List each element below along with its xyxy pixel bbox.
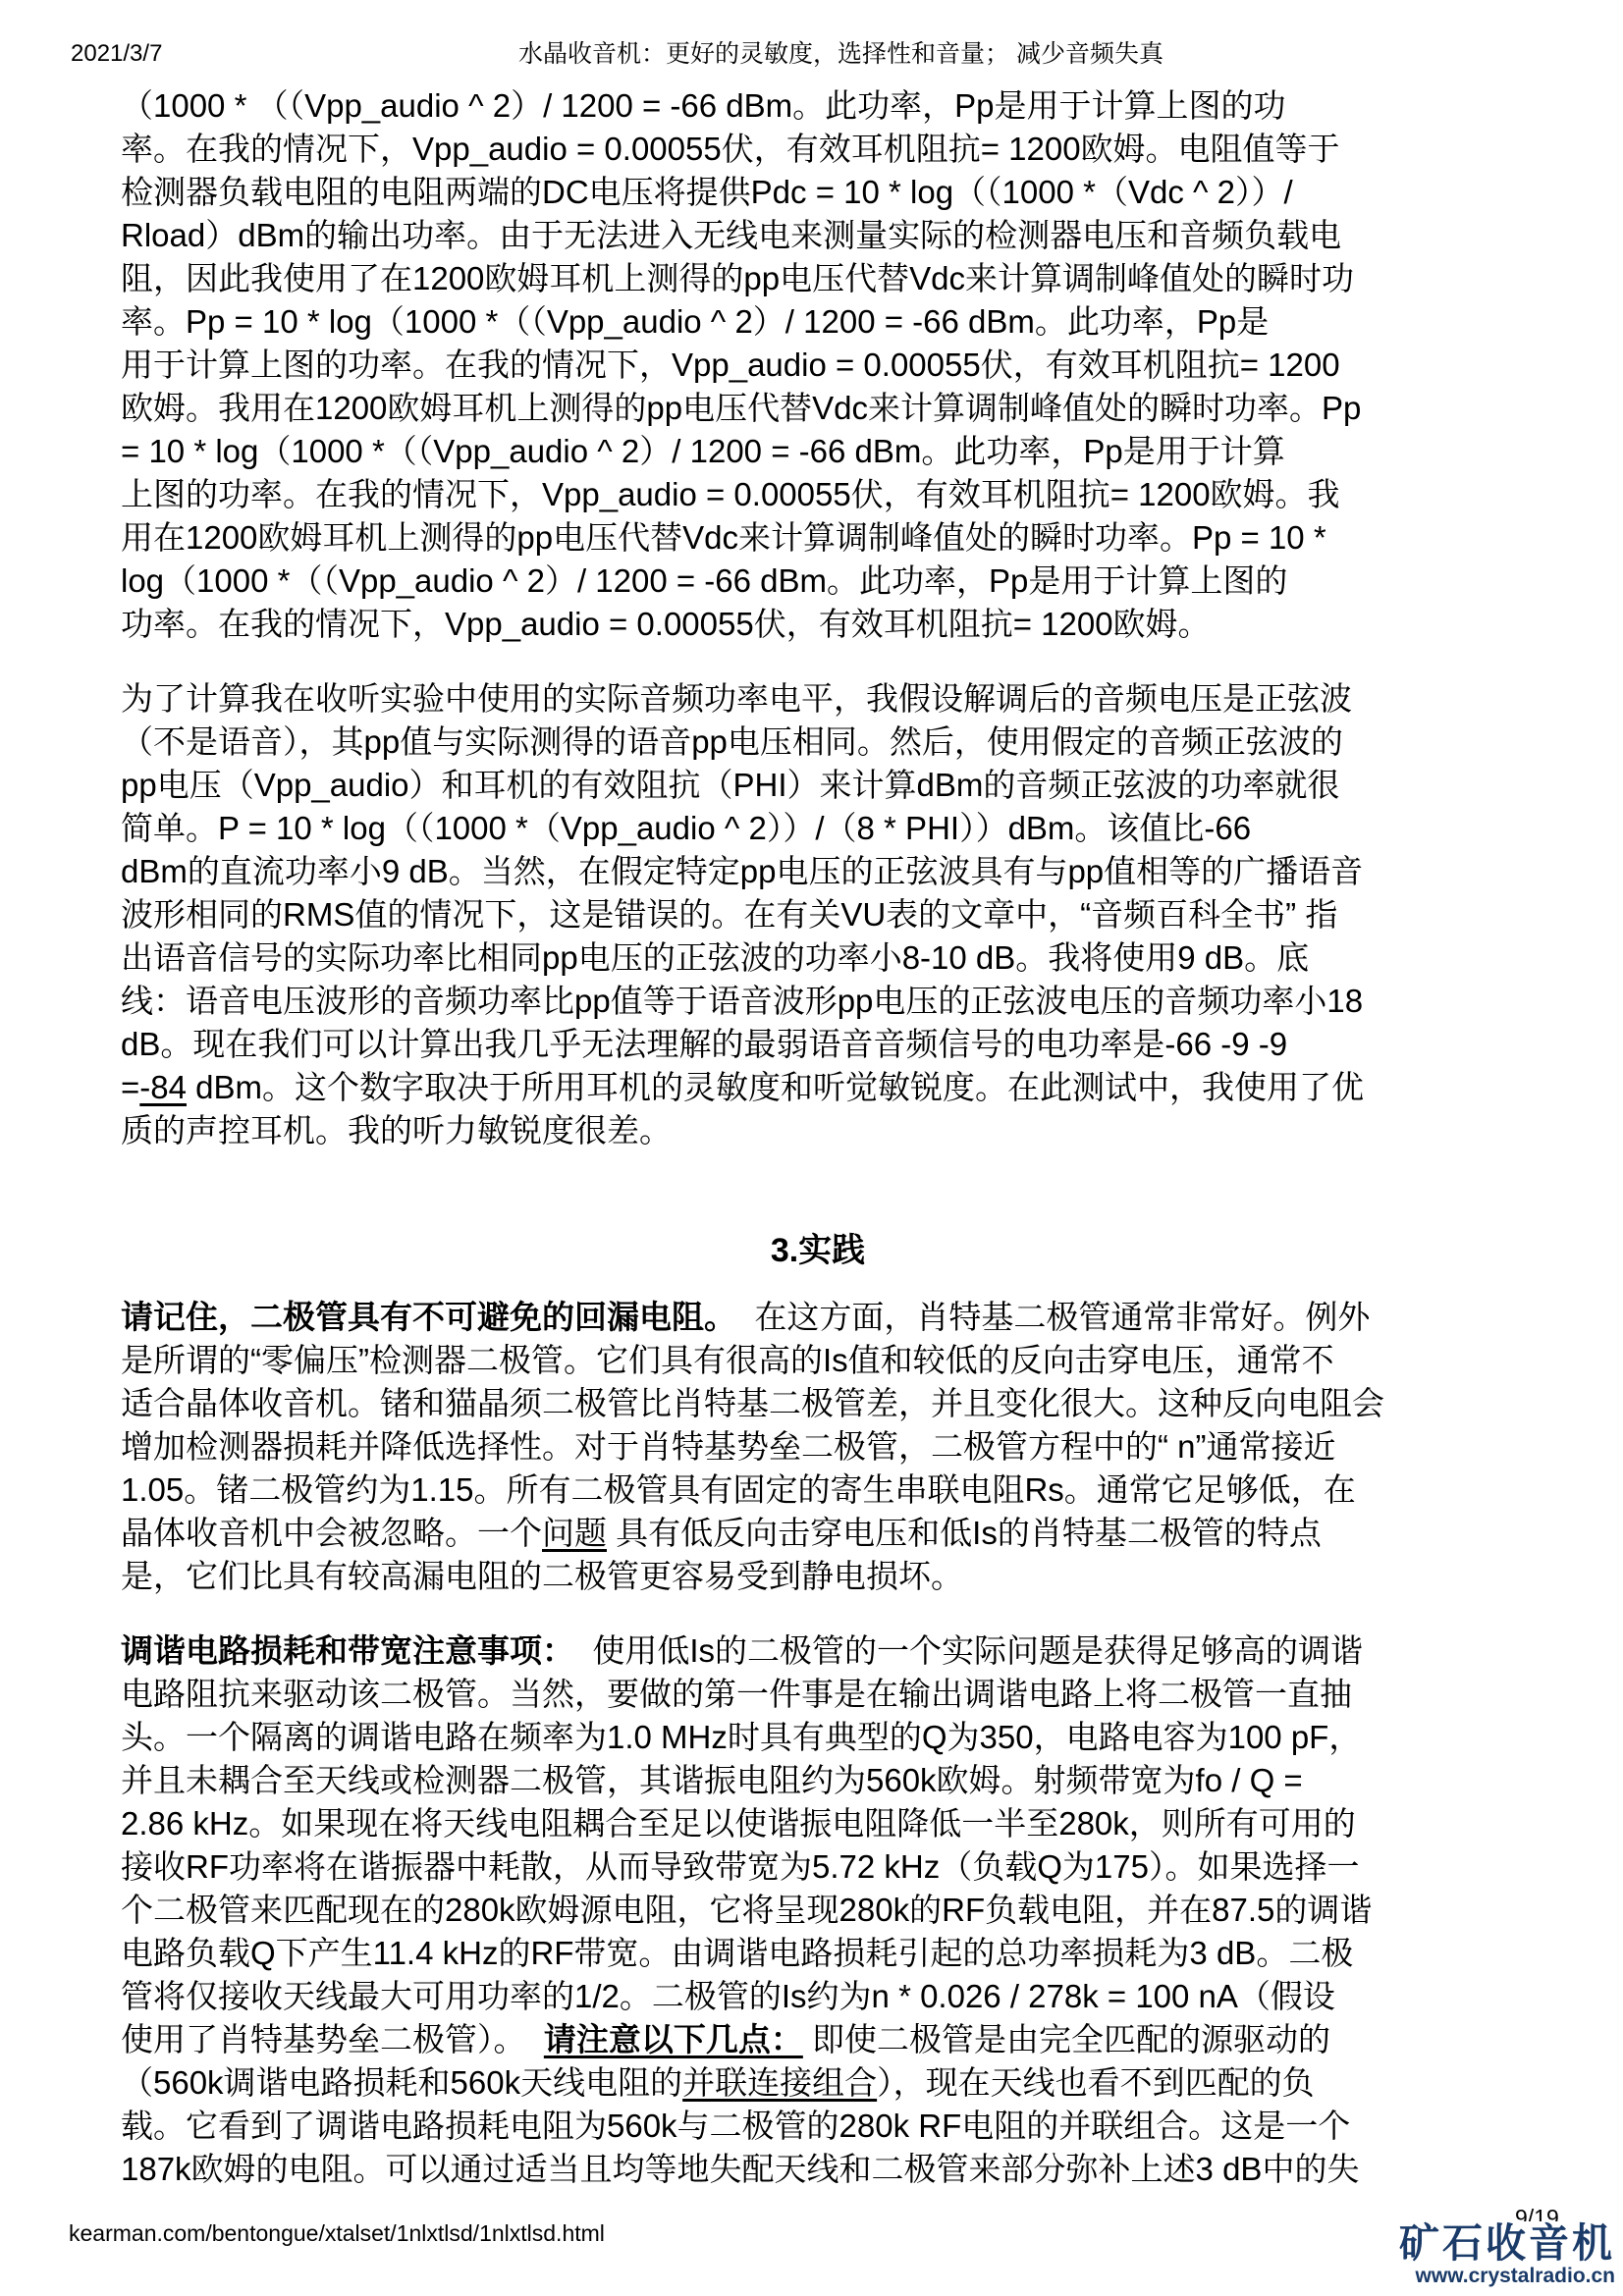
text-line: 检测器负载电阻的电阻两端的DC电压将提供Pdc = 10 * log（（1000…	[121, 171, 1515, 214]
text-line: = 10 * log（1000 *（（Vpp_audio ^ 2）/ 1200 …	[121, 430, 1515, 473]
plain-text: 功率。在我的情况下，Vpp_audio = 0.00055伏，有效耳机阻抗= 1…	[121, 606, 1211, 642]
plain-text: 上图的功率。在我的情况下，Vpp_audio = 0.00055伏，有效耳机阻抗…	[121, 476, 1340, 512]
plain-text: 是，它们比具有较高漏电阻的二极管更容易受到静电损坏。	[121, 1558, 963, 1594]
text-line: 电路负载Q下产生11.4 kHz的RF带宽。由调谐电路损耗引起的总功率损耗为3 …	[121, 1932, 1515, 1975]
plain-text: dB。现在我们可以计算出我几乎无法理解的最弱语音音频信号的电功率是-66 -9 …	[121, 1026, 1287, 1062]
text-line: （1000 * （（Vpp_audio ^ 2）/ 1200 = -66 dBm…	[121, 84, 1515, 128]
plain-text: 率。Pp = 10 * log（1000 *（（Vpp_audio ^ 2）/ …	[121, 303, 1269, 340]
paragraph: （1000 * （（Vpp_audio ^ 2）/ 1200 = -66 dBm…	[121, 84, 1515, 646]
text-line: （560k调谐电路损耗和560k天线电阻的并联连接组合），现在天线也看不到匹配的…	[121, 2061, 1515, 2105]
plain-text: ），现在天线也看不到匹配的负	[877, 2064, 1315, 2101]
plain-text: 为了计算我在收听实验中使用的实际音频功率电平，我假设解调后的音频电压是正弦波	[121, 680, 1352, 717]
text-line: 用于计算上图的功率。在我的情况下，Vpp_audio = 0.00055伏，有效…	[121, 344, 1515, 387]
text-line: 用在1200欧姆耳机上测得的pp电压代替Vdc来计算调制峰值处的瞬时功率。Pp …	[121, 516, 1515, 560]
plain-text: 电路负载Q下产生11.4 kHz的RF带宽。由调谐电路损耗引起的总功率损耗为3 …	[121, 1935, 1353, 1971]
text-line: 管将仅接收天线最大可用功率的1/2。二极管的Is约为n * 0.026 / 27…	[121, 1975, 1515, 2018]
plain-text: 适合晶体收音机。锗和猫晶须二极管比肖特基二极管差，并且变化很大。这种反向电阻会	[121, 1385, 1384, 1421]
text-line: 为了计算我在收听实验中使用的实际音频功率电平，我假设解调后的音频电压是正弦波	[121, 677, 1515, 721]
plain-text: 2.86 kHz。如果现在将天线电阻耦合至足以使谐振电阻降低一半至280k，则所…	[121, 1805, 1356, 1842]
text-line: 阻，因此我使用了在1200欧姆耳机上测得的pp电压代替Vdc来计算调制峰值处的瞬…	[121, 257, 1515, 300]
plain-text: 并且未耦合至天线或检测器二极管，其谐振电阻约为560k欧姆。射频带宽为fo / …	[121, 1762, 1303, 1798]
header-title: 水晶收音机：更好的灵敏度，选择性和音量； 减少音频失真	[0, 39, 1623, 69]
plain-text: 率。在我的情况下，Vpp_audio = 0.00055伏，有效耳机阻抗= 12…	[121, 131, 1340, 167]
text-line: 质的声控耳机。我的听力敏锐度很差。	[121, 1109, 1515, 1152]
text-line: Rload）dBm的输出功率。由于无法进入无线电来测量实际的检测器电压和音频负载…	[121, 214, 1515, 257]
text-line: 接收RF功率将在谐振器中耗散，从而导致带宽为5.72 kHz（负载Q为175）。…	[121, 1845, 1515, 1889]
text-line: 线：语音电压波形的音频功率比pp值等于语音波形pp电压的正弦波电压的音频功率小1…	[121, 980, 1515, 1023]
logo-wordmark: 矿石收音机	[1399, 2221, 1615, 2265]
plain-text: （不是语音），其pp值与实际测得的语音pp电压相同。然后，使用假定的音频正弦波的	[121, 723, 1343, 760]
plain-text: 简单。P = 10 * log（（1000 *（Vpp_audio ^ 2））/…	[121, 810, 1251, 846]
text-line: 波形相同的RMS值的情况下，这是错误的。在有关VU表的文章中，“音频百科全书” …	[121, 893, 1515, 936]
text-line: 适合晶体收音机。锗和猫晶须二极管比肖特基二极管差，并且变化很大。这种反向电阻会	[121, 1382, 1515, 1425]
text-line: 简单。P = 10 * log（（1000 *（Vpp_audio ^ 2））/…	[121, 807, 1515, 850]
plain-text: 线：语音电压波形的音频功率比pp值等于语音波形pp电压的正弦波电压的音频功率小1…	[121, 983, 1363, 1019]
text-line: 1.05。锗二极管约为1.15。所有二极管具有固定的寄生串联电阻Rs。通常它足够…	[121, 1468, 1515, 1512]
plain-text: （1000 * （（Vpp_audio ^ 2）/ 1200 = -66 dBm…	[121, 87, 1286, 124]
plain-text: log（1000 *（（Vpp_audio ^ 2）/ 1200 = -66 d…	[121, 562, 1287, 599]
plain-text: 用在1200欧姆耳机上测得的pp电压代替Vdc来计算调制峰值处的瞬时功率。Pp …	[121, 519, 1326, 556]
text-line: 出语音信号的实际功率比相同pp电压的正弦波的功率小8-10 dB。我将使用9 d…	[121, 936, 1515, 980]
plain-text: 是所谓的“零偏压”检测器二极管。它们具有很高的Is值和较低的反向击穿电压，通常不	[121, 1342, 1334, 1378]
plain-text: 载。它看到了调谐电路损耗电阻为560k与二极管的280k RF电阻的并联组合。这…	[121, 2108, 1350, 2144]
plain-text: 用于计算上图的功率。在我的情况下，Vpp_audio = 0.00055伏，有效…	[121, 347, 1340, 383]
paragraph: 为了计算我在收听实验中使用的实际音频功率电平，我假设解调后的音频电压是正弦波（不…	[121, 677, 1515, 1152]
text-line: 187k欧姆的电阻。可以通过适当且均等地失配天线和二极管来部分弥补上述3 dB中…	[121, 2148, 1515, 2191]
text-line: 欧姆。我用在1200欧姆耳机上测得的pp电压代替Vdc来计算调制峰值处的瞬时功率…	[121, 387, 1515, 430]
plain-text: 出语音信号的实际功率比相同pp电压的正弦波的功率小8-10 dB。我将使用9 d…	[121, 939, 1309, 976]
logo-site-url: www.crystalradio.cn	[1399, 2265, 1615, 2288]
plain-text: 欧姆。我用在1200欧姆耳机上测得的pp电压代替Vdc来计算调制峰值处的瞬时功率…	[121, 390, 1361, 426]
plain-text: pp电压（Vpp_audio）和耳机的有效阻抗（PHI）来计算dBm的音频正弦波…	[121, 767, 1339, 803]
text-line: 晶体收音机中会被忽略。一个问题 具有低反向击穿电压和低Is的肖特基二极管的特点	[121, 1512, 1515, 1555]
plain-text: dBm的直流功率小9 dB。当然，在假定特定pp电压的正弦波具有与pp值相等的广…	[121, 853, 1363, 889]
text-line: 率。Pp = 10 * log（1000 *（（Vpp_audio ^ 2）/ …	[121, 300, 1515, 344]
plain-text: 晶体收音机中会被忽略。一个	[121, 1515, 542, 1551]
text-line: 2.86 kHz。如果现在将天线电阻耦合至足以使谐振电阻降低一半至280k，则所…	[121, 1802, 1515, 1845]
underlined-text: 问题	[542, 1515, 607, 1551]
footer-url: kearman.com/bentongue/xtalset/1nlxtlsd/1…	[69, 2220, 605, 2247]
plain-text: 增加检测器损耗并降低选择性。对于肖特基势垒二极管，二极管方程中的“ n”通常接近	[121, 1428, 1336, 1465]
text-line: dB。现在我们可以计算出我几乎无法理解的最弱语音音频信号的电功率是-66 -9 …	[121, 1023, 1515, 1066]
plain-text: 头。一个隔离的调谐电路在频率为1.0 MHz时具有典型的Q为350，电路电容为1…	[121, 1719, 1361, 1755]
text-line: 功率。在我的情况下，Vpp_audio = 0.00055伏，有效耳机阻抗= 1…	[121, 603, 1515, 646]
paragraph: 调谐电路损耗和带宽注意事项： 使用低Is的二极管的一个实际问题是获得足够高的调谐…	[121, 1629, 1515, 2191]
bold-text: 调谐电路损耗和带宽注意事项：	[121, 1632, 574, 1669]
plain-text: 使用了肖特基势垒二极管）。	[121, 2021, 544, 2057]
plain-text: 检测器负载电阻的电阻两端的DC电压将提供Pdc = 10 * log（（1000…	[121, 174, 1293, 210]
text-line: 增加检测器损耗并降低选择性。对于肖特基势垒二极管，二极管方程中的“ n”通常接近	[121, 1425, 1515, 1468]
text-line: 头。一个隔离的调谐电路在频率为1.0 MHz时具有典型的Q为350，电路电容为1…	[121, 1716, 1515, 1759]
text-line: 上图的功率。在我的情况下，Vpp_audio = 0.00055伏，有效耳机阻抗…	[121, 473, 1515, 516]
plain-text: 使用低Is的二极管的一个实际问题是获得足够高的调谐	[574, 1632, 1363, 1669]
text-line: 是，它们比具有较高漏电阻的二极管更容易受到静电损坏。	[121, 1555, 1515, 1598]
text-line: （不是语音），其pp值与实际测得的语音pp电压相同。然后，使用假定的音频正弦波的	[121, 721, 1515, 764]
document-content: （1000 * （（Vpp_audio ^ 2）/ 1200 = -66 dBm…	[121, 84, 1515, 2222]
plain-text: =	[121, 1069, 139, 1105]
text-line: 载。它看到了调谐电路损耗电阻为560k与二极管的280k RF电阻的并联组合。这…	[121, 2105, 1515, 2148]
crystalradio-logo: 矿石收音机 www.crystalradio.cn	[1393, 2221, 1615, 2288]
document-page: 2021/3/7 水晶收音机：更好的灵敏度，选择性和音量； 减少音频失真 （10…	[0, 0, 1623, 2296]
paragraph: 请记住，二极管具有不可避免的回漏电阻。 在这方面，肖特基二极管通常非常好。例外是…	[121, 1296, 1515, 1598]
section-heading: 3.实践	[121, 1229, 1515, 1272]
plain-text: 在这方面，肖特基二极管通常非常好。例外	[736, 1299, 1370, 1335]
text-line: 是所谓的“零偏压”检测器二极管。它们具有很高的Is值和较低的反向击穿电压，通常不	[121, 1339, 1515, 1382]
text-line: dBm的直流功率小9 dB。当然，在假定特定pp电压的正弦波具有与pp值相等的广…	[121, 850, 1515, 893]
plain-text: 质的声控耳机。我的听力敏锐度很差。	[121, 1112, 672, 1148]
text-line: 调谐电路损耗和带宽注意事项： 使用低Is的二极管的一个实际问题是获得足够高的调谐	[121, 1629, 1515, 1673]
plain-text: 接收RF功率将在谐振器中耗散，从而导致带宽为5.72 kHz（负载Q为175）。…	[121, 1848, 1359, 1885]
plain-text: 1.05。锗二极管约为1.15。所有二极管具有固定的寄生串联电阻Rs。通常它足够…	[121, 1471, 1356, 1508]
plain-text: 电路阻抗来驱动该二极管。当然，要做的第一件事是在输出调谐电路上将二极管一直抽	[121, 1676, 1352, 1712]
underlined-text: 并联连接组合	[682, 2064, 877, 2101]
plain-text: 波形相同的RMS值的情况下，这是错误的。在有关VU表的文章中，“音频百科全书” …	[121, 896, 1337, 933]
text-line: 使用了肖特基势垒二极管）。 请注意以下几点： 即使二极管是由完全匹配的源驱动的	[121, 2018, 1515, 2061]
text-line: =-84 dBm。这个数字取决于所用耳机的灵敏度和听觉敏锐度。在此测试中，我使用…	[121, 1066, 1515, 1109]
plain-text: （560k调谐电路损耗和560k天线电阻的	[121, 2064, 682, 2101]
plain-text: 即使二极管是由完全匹配的源驱动的	[803, 2021, 1330, 2057]
text-line: log（1000 *（（Vpp_audio ^ 2）/ 1200 = -66 d…	[121, 560, 1515, 603]
plain-text: dBm。这个数字取决于所用耳机的灵敏度和听觉敏锐度。在此测试中，我使用了优	[187, 1069, 1364, 1105]
plain-text: 阻，因此我使用了在1200欧姆耳机上测得的pp电压代替Vdc来计算调制峰值处的瞬…	[121, 260, 1354, 296]
underlined-text: -84	[139, 1069, 187, 1105]
plain-text: = 10 * log（1000 *（（Vpp_audio ^ 2）/ 1200 …	[121, 433, 1285, 469]
text-line: 个二极管来匹配现在的280k欧姆源电阻，它将呈现280k的RF负载电阻，并在87…	[121, 1889, 1515, 1932]
text-line: 请记住，二极管具有不可避免的回漏电阻。 在这方面，肖特基二极管通常非常好。例外	[121, 1296, 1515, 1339]
plain-text: 管将仅接收天线最大可用功率的1/2。二极管的Is约为n * 0.026 / 27…	[121, 1978, 1335, 2014]
plain-text: 个二极管来匹配现在的280k欧姆源电阻，它将呈现280k的RF负载电阻，并在87…	[121, 1892, 1372, 1928]
plain-text: 187k欧姆的电阻。可以通过适当且均等地失配天线和二极管来部分弥补上述3 dB中…	[121, 2151, 1359, 2187]
underlined-text: 请注意以下几点：	[544, 2021, 803, 2057]
text-line: 率。在我的情况下，Vpp_audio = 0.00055伏，有效耳机阻抗= 12…	[121, 128, 1515, 171]
text-line: 电路阻抗来驱动该二极管。当然，要做的第一件事是在输出调谐电路上将二极管一直抽	[121, 1673, 1515, 1716]
text-line: 并且未耦合至天线或检测器二极管，其谐振电阻约为560k欧姆。射频带宽为fo / …	[121, 1759, 1515, 1802]
text-line: pp电压（Vpp_audio）和耳机的有效阻抗（PHI）来计算dBm的音频正弦波…	[121, 764, 1515, 807]
plain-text: Rload）dBm的输出功率。由于无法进入无线电来测量实际的检测器电压和音频负载…	[121, 217, 1341, 253]
bold-text: 请记住，二极管具有不可避免的回漏电阻。	[121, 1299, 736, 1335]
plain-text: 具有低反向击穿电压和低Is的肖特基二极管的特点	[607, 1515, 1322, 1551]
